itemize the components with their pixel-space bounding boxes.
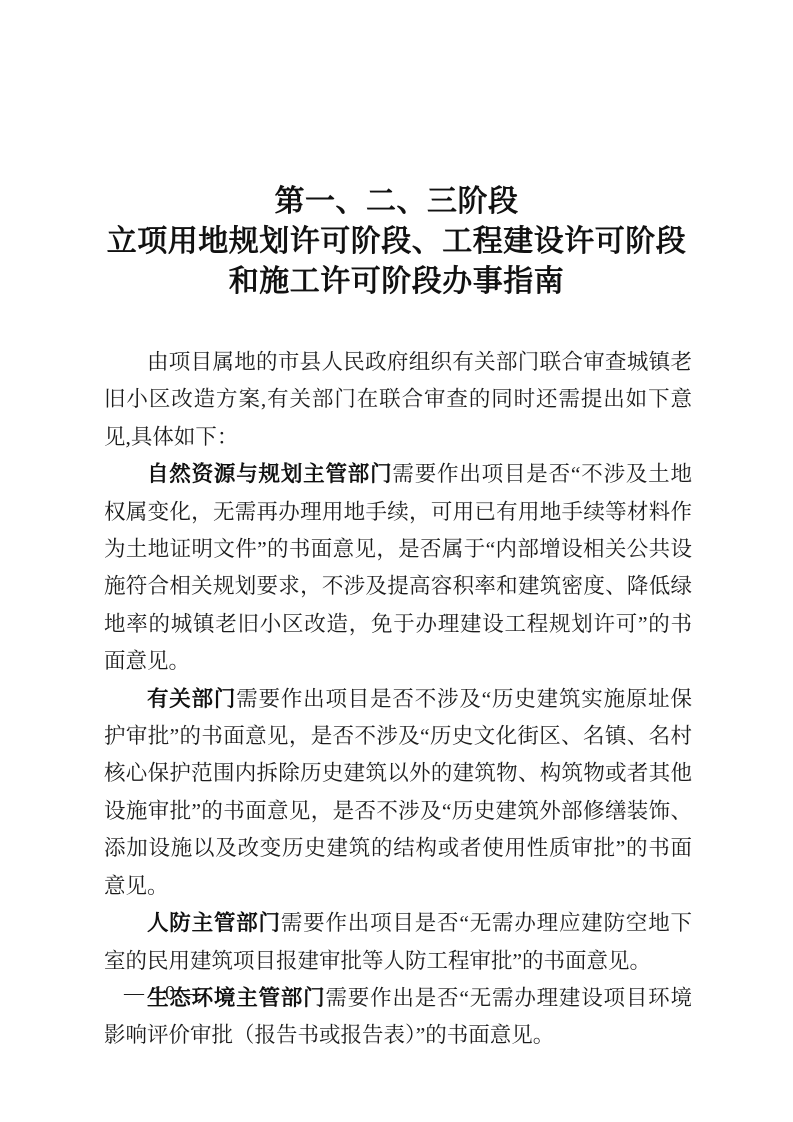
title-line-1: 第一、二、三阶段 (0, 182, 793, 222)
paragraph-natural-resources: 自然资源与规划主管部门需要作出项目是否“不涉及土地权属变化，无需再办理用地手续，… (104, 456, 692, 680)
paragraph-lead: 有关部门 (147, 687, 236, 711)
page-number: — 10 — (124, 982, 206, 1005)
paragraph-relevant-departments: 有关部门需要作出项目是否不涉及“历史建筑实施原址保护审批”的书面意见，是否不涉及… (104, 681, 692, 905)
document-page: 第一、二、三阶段 立项用地规划许可阶段、工程建设许可阶段 和施工许可阶段办事指南… (0, 0, 793, 1122)
paragraph-text: 由项目属地的市县人民政府组织有关部门联合审查城镇老旧小区改造方案,有关部门在联合… (104, 350, 692, 449)
paragraph-lead: 自然资源与规划主管部门 (147, 462, 392, 486)
paragraph-civil-air-defense: 人防主管部门需要作出项目是否“无需办理应建防空地下室的民用建筑项目报建审批等人防… (104, 905, 692, 980)
paragraph-lead: 人防主管部门 (147, 911, 281, 935)
document-title: 第一、二、三阶段 立项用地规划许可阶段、工程建设许可阶段 和施工许可阶段办事指南 (0, 182, 793, 302)
document-body: 由项目属地的市县人民政府组织有关部门联合审查城镇老旧小区改造方案,有关部门在联合… (104, 344, 692, 1055)
title-line-2: 立项用地规划许可阶段、工程建设许可阶段 (0, 222, 793, 262)
paragraph-intro: 由项目属地的市县人民政府组织有关部门联合审查城镇老旧小区改造方案,有关部门在联合… (104, 344, 692, 456)
paragraph-text: 需要作出项目是否不涉及“历史建筑实施原址保护审批”的书面意见，是否不涉及“历史文… (104, 687, 692, 898)
title-line-3: 和施工许可阶段办事指南 (0, 262, 793, 302)
paragraph-text: 需要作出项目是否“不涉及土地权属变化，无需再办理用地手续，可用已有用地手续等材料… (104, 462, 692, 673)
